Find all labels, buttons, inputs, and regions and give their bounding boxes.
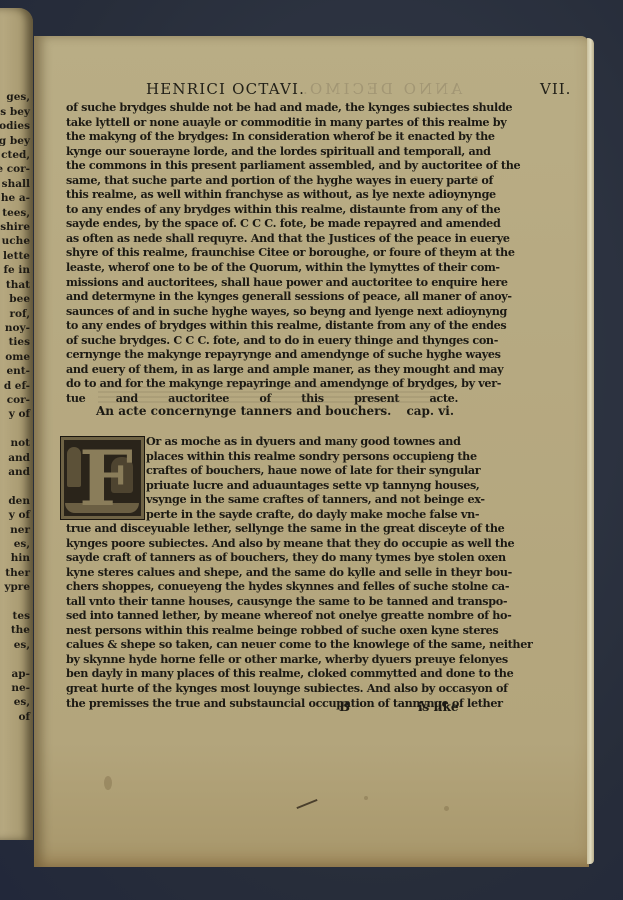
show-through-text (98, 386, 438, 404)
text-line: this realme, as well within franchyse as… (66, 187, 458, 202)
paper-stain (444, 806, 449, 811)
show-through-running-head: ANNO DECIMO. (300, 80, 462, 98)
text-line: shyre of this realme, fraunchise Citee o… (66, 245, 458, 260)
text-line: sayde endes, by the space of. C C C. fot… (66, 216, 458, 231)
text-line: take lyttell or none auayle or commoditi… (66, 115, 458, 130)
text-line: nest persons within this realme beinge r… (66, 623, 454, 638)
catchword: is like (418, 700, 459, 714)
section-heading: An acte concernynge tanners and bouchers… (96, 404, 454, 418)
text-line: the premisses the true and substauncial … (66, 696, 454, 711)
text-line: to any endes of any brydges within this … (66, 202, 458, 217)
text-line: of suche brydges shulde not be had and m… (66, 100, 458, 115)
verso-text-fragments: ges, s bey odies g bey cted, e cor- shal… (0, 76, 30, 724)
text-line: perte in the sayde crafte, do dayly make… (146, 507, 454, 522)
section-title: An acte concernynge tanners and bouchers… (96, 404, 391, 418)
text-line: cernynge the makynge repayrynge and amen… (66, 347, 458, 362)
signature-mark: B (339, 700, 350, 715)
text-line: the makyng of the brydges: In considerat… (66, 129, 458, 144)
paragraph-2-beside-initial: Or as moche as in dyuers and many good t… (146, 434, 454, 521)
text-line: vsynge in the same craftes of tanners, a… (146, 492, 454, 507)
text-line: tall vnto their tanne houses, causynge t… (66, 594, 454, 609)
text-line: Or as moche as in dyuers and many good t… (146, 434, 454, 449)
text-line: priuate lucre and aduauntages sette vp t… (146, 478, 454, 493)
text-line: leaste, wherof one to be of the Quorum, … (66, 260, 458, 275)
folio-number: VII. (540, 80, 571, 98)
paragraph-2-body: true and disceyuable lether, sellynge th… (66, 521, 454, 710)
paper-stain (364, 796, 368, 800)
text-line: saunces of and in suche hyghe wayes, so … (66, 304, 458, 319)
chapter-number: cap. vi. (406, 404, 454, 418)
text-line: and determyne in the kynges generall ses… (66, 289, 458, 304)
text-line: true and disceyuable lether, sellynge th… (66, 521, 454, 536)
text-line: and euery of them, in as large and ample… (66, 362, 458, 377)
text-line: craftes of bouchers, haue nowe of late f… (146, 463, 454, 478)
page-fore-edge (587, 38, 594, 864)
paper-stain (104, 776, 112, 790)
text-line: chers shoppes, conueyeng the hydes skynn… (66, 579, 454, 594)
text-line: the commons in this present parliament a… (66, 158, 458, 173)
running-head: HENRICI OCTAVI. (146, 80, 305, 98)
text-line: sayde craft of tanners as of bouchers, t… (66, 550, 454, 565)
text-line: as often as nede shall requyre. And that… (66, 231, 458, 246)
woodcut-initial: F (60, 436, 145, 520)
text-line: same, that suche parte and portion of th… (66, 173, 458, 188)
text-line: kynge our souerayne lorde, and the lorde… (66, 144, 458, 159)
text-line: of suche brydges. C C C. fote, and to do… (66, 333, 458, 348)
verso-page-fragment: ges, s bey odies g bey cted, e cor- shal… (0, 8, 33, 840)
text-line: sed into tanned lether, by meane whereof… (66, 608, 454, 623)
text-line: calues & shepe so taken, can neuer come … (66, 637, 454, 652)
text-line: places within this realme sondry persons… (146, 449, 454, 464)
text-line: by skynne hyde horne felle or other mark… (66, 652, 454, 667)
text-line: missions and auctoritees, shall haue pow… (66, 275, 458, 290)
text-line: ben dayly in many places of this realme,… (66, 666, 454, 681)
text-line: kyne steres calues and shepe, and the sa… (66, 565, 454, 580)
text-line: to any endes of brydges within this real… (66, 318, 458, 333)
text-line: kynges poore subiectes. And also by mean… (66, 536, 454, 551)
paragraph-1: of suche brydges shulde not be had and m… (66, 100, 458, 405)
text-line: great hurte of the kynges most louynge s… (66, 681, 454, 696)
drop-cap-letter: F (79, 439, 133, 519)
